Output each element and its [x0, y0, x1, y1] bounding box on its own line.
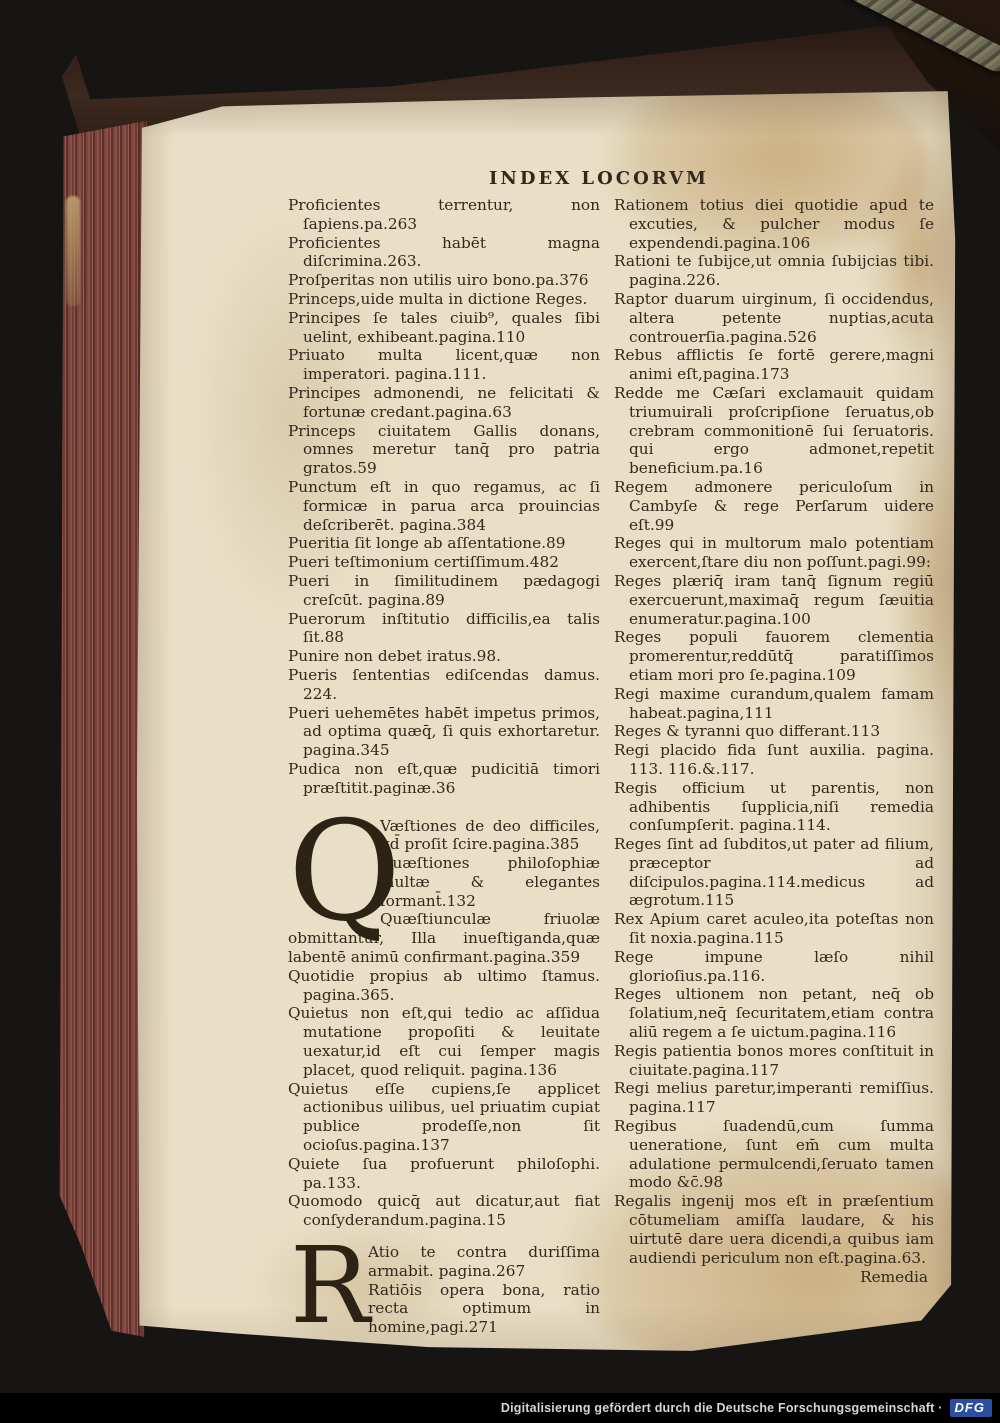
- index-entry: Punctum eſt in quo regamus, ac ſi formic…: [288, 478, 600, 534]
- book-page: INDEX LOCORVM Proficientes terrentur, no…: [132, 86, 956, 1356]
- index-entry: Regalis ingenij mos eſt in præſentium cō…: [614, 1192, 934, 1267]
- catchword: Remedia: [614, 1268, 934, 1287]
- initial-letter-q: Q: [288, 803, 401, 941]
- section-q: Q Væſtiones de deo difficiles, qd̄ proſi…: [288, 817, 600, 967]
- index-entry: Regi placido fida ſunt auxilia. pagina. …: [614, 741, 934, 779]
- index-entry: Pueri uehemētes habēt impetus primos, ad…: [288, 704, 600, 760]
- index-entry: Reges & tyranni quo differant.113: [614, 722, 934, 741]
- index-entry: Quietus eſſe cupiens,ſe applicet actioni…: [288, 1080, 600, 1155]
- book-fore-edge-pages: [52, 118, 148, 1343]
- index-entry: Rege impune læſo nihil glorioſius.pa.116…: [614, 948, 934, 986]
- index-entry: Principes admonendi, ne felicitati & for…: [288, 384, 600, 422]
- index-entry: Regem admonere periculoſum in Cambyſe & …: [614, 478, 934, 534]
- index-entry: Reges ſint ad ſubditos,ut pater ad filiu…: [614, 835, 934, 910]
- index-entry: Reges ultionem non petant, neq̄ ob ſolat…: [614, 985, 934, 1041]
- index-entry: Proficientes terrentur, non ſapiens.pa.2…: [288, 196, 600, 234]
- index-entry: Quotidie propius ab ultimo ſtamus. pagin…: [288, 967, 600, 1005]
- index-entry: Rationem totius diei quotidie apud te ex…: [614, 196, 934, 252]
- index-entry: Reges populi fauorem clementia promerent…: [614, 628, 934, 684]
- index-column-right: Rationem totius diei quotidie apud te ex…: [614, 196, 934, 1337]
- index-entry: Puerorum inſtitutio difficilis,ea talis …: [288, 610, 600, 648]
- fore-edge-wear-mark: [66, 196, 80, 306]
- index-entry: Priuato multa licent,quæ non imperatori.…: [288, 346, 600, 384]
- printed-text-block: INDEX LOCORVM Proficientes terrentur, no…: [288, 168, 934, 1337]
- digitization-credit-bar: Digitalisierung gefördert durch die Deut…: [0, 1393, 1000, 1423]
- index-entry: Principes ſe tales ciuib⁹, quales ſibi u…: [288, 309, 600, 347]
- index-entry: Pueri teſtimonium certiſſimum.482: [288, 553, 600, 572]
- initial-letter-r: R: [290, 1233, 370, 1339]
- index-entry: Rex Apium caret aculeo,ita poteſtas non …: [614, 910, 934, 948]
- index-entry: Rationi te ſubijce,ut omnia ſubijcias ti…: [614, 252, 934, 290]
- index-entry: Reges qui in multorum malo potentiam exe…: [614, 534, 934, 572]
- section-q-entries: Quotidie propius ab ultimo ſtamus. pagin…: [288, 967, 600, 1230]
- index-entry: Pueri in ſimilitudinem pædagogi creſcūt.…: [288, 572, 600, 610]
- book-photograph: INDEX LOCORVM Proficientes terrentur, no…: [0, 0, 1000, 1423]
- index-entry: Regi maxime curandum,qualem famam habeat…: [614, 685, 934, 723]
- index-entry: Regi melius paretur,imperanti remiſſius.…: [614, 1079, 934, 1117]
- index-columns: Proficientes terrentur, non ſapiens.pa.2…: [288, 196, 934, 1337]
- index-entry: Redde me Cæſari exclamauit quidam triumu…: [614, 384, 934, 478]
- index-entry: Punire non debet iratus.98.: [288, 647, 600, 666]
- index-entry: Regis officium ut parentis, non adhibent…: [614, 779, 934, 835]
- index-entry: Pueritia ſit longe ab aſſentatione.89: [288, 534, 600, 553]
- dfg-logo: DFG: [950, 1399, 992, 1417]
- index-entry: Princeps ciuitatem Gallis donans, omnes …: [288, 422, 600, 478]
- index-entry: Princeps,uide multa in dictione Reges.: [288, 290, 600, 309]
- index-entry: Quietus non eſt,qui tedio ac aſſidua mut…: [288, 1004, 600, 1079]
- section-r-continued: Rationem totius diei quotidie apud te ex…: [614, 196, 934, 1267]
- index-column-left: Proficientes terrentur, non ſapiens.pa.2…: [288, 196, 600, 1337]
- drop-cap-r: R: [288, 1243, 368, 1319]
- section-r: R Atio te contra duriſſima armabit. pagi…: [288, 1243, 600, 1337]
- running-head: INDEX LOCORVM: [276, 168, 922, 189]
- index-entry: Regibus ſuadendū,cum ſumma ueneratione, …: [614, 1117, 934, 1192]
- index-entry: Rebus afflictis ſe fortē gerere,magni an…: [614, 346, 934, 384]
- index-entry: Reges plæriq̄ iram tanq̄ ſignum regiū ex…: [614, 572, 934, 628]
- index-entry: Regis patientia bonos mores conſtituit i…: [614, 1042, 934, 1080]
- index-entry: Raptor duarum uirginum, ſi occidendus, a…: [614, 290, 934, 346]
- digitization-credit-text: Digitalisierung gefördert durch die Deut…: [501, 1401, 943, 1415]
- drop-cap-q: Q: [288, 817, 380, 912]
- index-entry: Proficientes habēt magna diſcrimina.263.: [288, 234, 600, 272]
- index-entry: Quiete ſua profuerunt philoſophi. pa.133…: [288, 1155, 600, 1193]
- index-entry: Pueris ſententias ediſcendas damus. 224.: [288, 666, 600, 704]
- index-entry: Proſperitas non utilis uiro bono.pa.376: [288, 271, 600, 290]
- section-p-entries: Proficientes terrentur, non ſapiens.pa.2…: [288, 196, 600, 798]
